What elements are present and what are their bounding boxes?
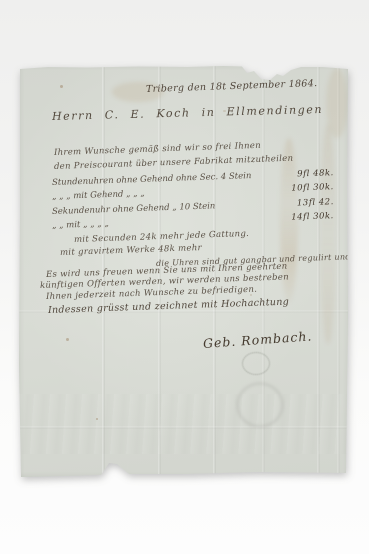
paper-fleck xyxy=(60,85,63,88)
ink-stain-streak xyxy=(320,124,336,344)
price-value: 9fl 48k. xyxy=(297,168,334,179)
dateline: Triberg den 18t September 1864. xyxy=(146,78,318,95)
price-item: „ „ mit „ „ „ „ xyxy=(52,219,109,231)
paper-fleck xyxy=(96,418,98,420)
note-line: mit Secunden 24k mehr jede Gattung. xyxy=(74,229,249,245)
price-item: Sekundenuhr ohne Gehend „ 10 Stein xyxy=(52,201,216,217)
postal-stamp-ghost-icon xyxy=(242,352,270,375)
price-item: „ „ „ mit Gehend „ „ „ xyxy=(52,189,145,202)
signature: Geb. Rombach. xyxy=(202,328,312,351)
letter-photograph: Triberg den 18t September 1864. Herrn C.… xyxy=(0,0,369,554)
price-value: 10fl 30k. xyxy=(291,182,334,193)
paper-wrinkle-texture xyxy=(18,394,349,454)
paper-shadow-wrap: Triberg den 18t September 1864. Herrn C.… xyxy=(0,0,369,554)
paper-fleck xyxy=(66,338,69,341)
postal-stamp-ghost-icon xyxy=(236,382,284,428)
salutation-line: Herrn C. E. Koch in Ellmendingen xyxy=(52,103,323,123)
note-line: mit gravirtem Werke 48k mehr xyxy=(60,243,202,258)
price-value: 14fl 30k. xyxy=(291,211,334,222)
edge-stain xyxy=(326,68,348,138)
letter-paper: Triberg den 18t September 1864. Herrn C.… xyxy=(18,64,349,478)
price-value: 13fl 42. xyxy=(297,197,334,208)
